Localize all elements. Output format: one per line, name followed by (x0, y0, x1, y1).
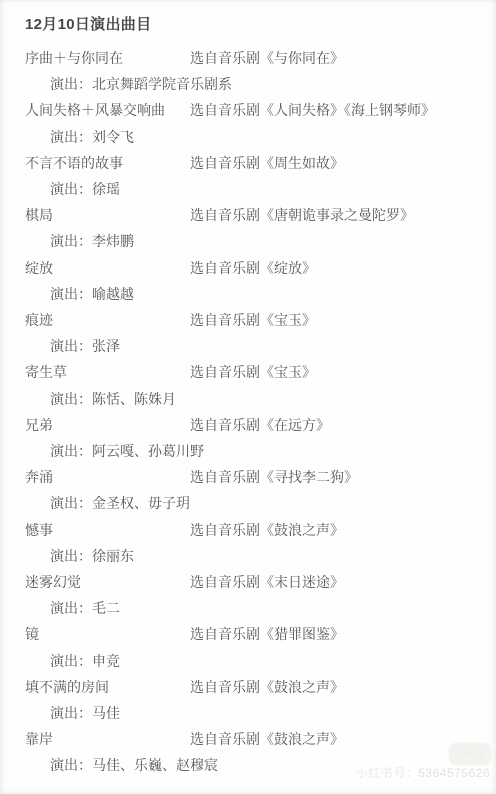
performer-line: 演出：徐丽东 (25, 543, 492, 569)
program-row: 兄弟 选自音乐剧《在远方》 演出：阿云嘎、孙葛川野 (25, 412, 492, 464)
performer-prefix: 演出： (50, 181, 92, 197)
song-title: 人间失格＋风暴交响曲 (25, 97, 190, 123)
performer-prefix: 演出： (50, 757, 92, 773)
performer-names: 毛二 (92, 600, 120, 616)
program-row: 憾事 选自音乐剧《鼓浪之声》 演出：徐丽东 (25, 517, 492, 569)
performer-names: 金圣权、毋子玥 (92, 495, 190, 511)
performer-prefix: 演出： (50, 653, 92, 669)
song-source: 选自音乐剧《宝玉》 (190, 307, 492, 333)
performer-line: 演出：申竞 (25, 648, 492, 674)
song-source: 选自音乐剧《猎罪图鉴》 (190, 621, 492, 647)
performer-line: 演出：陈恬、陈姝月 (25, 386, 492, 412)
program-row: 痕迹 选自音乐剧《宝玉》 演出：张泽 (25, 307, 492, 359)
song-source: 选自音乐剧《绽放》 (190, 255, 492, 281)
performer-prefix: 演出： (50, 548, 92, 564)
song-source: 选自音乐剧《鼓浪之声》 (190, 517, 492, 543)
song-title: 不言不语的故事 (25, 150, 190, 176)
performer-prefix: 演出： (50, 76, 92, 92)
performer-prefix: 演出： (50, 391, 92, 407)
program-row: 镜 选自音乐剧《猎罪图鉴》 演出：申竞 (25, 621, 492, 673)
program-row: 人间失格＋风暴交响曲 选自音乐剧《人间失格》《海上钢琴师》 演出：刘令飞 (25, 97, 492, 149)
performer-names: 马佳 (92, 705, 120, 721)
performer-line: 演出：李炜鹏 (25, 228, 492, 254)
performer-prefix: 演出： (50, 233, 92, 249)
song-title: 靠岸 (25, 726, 190, 752)
performer-names: 喻越越 (92, 286, 134, 302)
program-row: 序曲＋与你同在 选自音乐剧《与你同在》 演出：北京舞蹈学院音乐剧系 (25, 45, 492, 97)
song-title: 序曲＋与你同在 (25, 45, 190, 71)
program-row: 绽放 选自音乐剧《绽放》 演出：喻越越 (25, 255, 492, 307)
song-title: 奔涌 (25, 464, 190, 490)
performer-names: 徐瑶 (92, 181, 120, 197)
performer-names: 马佳、乐巍、赵穆宸 (92, 757, 218, 773)
song-source: 选自音乐剧《在远方》 (190, 412, 492, 438)
program-row: 迷雾幻觉 选自音乐剧《末日迷途》 演出：毛二 (25, 569, 492, 621)
program-row: 寄生草 选自音乐剧《宝玉》 演出：陈恬、陈姝月 (25, 359, 492, 411)
song-source: 选自音乐剧《与你同在》 (190, 45, 492, 71)
song-title: 棋局 (25, 202, 190, 228)
performer-prefix: 演出： (50, 495, 92, 511)
performer-line: 演出：喻越越 (25, 281, 492, 307)
xiaohongshu-logo-icon: 小红书 (450, 744, 490, 764)
performer-line: 演出：张泽 (25, 333, 492, 359)
performer-names: 申竞 (92, 653, 120, 669)
performer-names: 张泽 (92, 338, 120, 354)
song-title: 填不满的房间 (25, 674, 190, 700)
performer-names: 徐丽东 (92, 548, 134, 564)
performer-line: 演出：马佳 (25, 700, 492, 726)
performer-prefix: 演出： (50, 600, 92, 616)
performer-prefix: 演出： (50, 443, 92, 459)
song-title: 寄生草 (25, 359, 190, 385)
page-title: 12月10日演出曲目 (25, 14, 492, 36)
song-title: 迷雾幻觉 (25, 569, 190, 595)
performer-line: 演出：刘令飞 (25, 124, 492, 150)
program-row: 填不满的房间 选自音乐剧《鼓浪之声》 演出：马佳 (25, 674, 492, 726)
performer-line: 演出：阿云嘎、孙葛川野 (25, 438, 492, 464)
performer-prefix: 演出： (50, 338, 92, 354)
song-title: 憾事 (25, 517, 190, 543)
song-source: 选自音乐剧《人间失格》《海上钢琴师》 (190, 97, 492, 123)
performer-prefix: 演出： (50, 705, 92, 721)
song-source: 选自音乐剧《宝玉》 (190, 359, 492, 385)
performer-line: 演出：徐瑶 (25, 176, 492, 202)
song-source: 选自音乐剧《鼓浪之声》 (190, 674, 492, 700)
performer-names: 陈恬、陈姝月 (92, 391, 176, 407)
performer-line: 演出：金圣权、毋子玥 (25, 490, 492, 516)
song-title: 兄弟 (25, 412, 190, 438)
performer-names: 刘令飞 (92, 129, 134, 145)
song-source: 选自音乐剧《唐朝诡事录之曼陀罗》 (190, 202, 492, 228)
watermark-id-text: 小红书号：5364575626 (356, 766, 490, 780)
performer-line: 演出：毛二 (25, 595, 492, 621)
program-row: 不言不语的故事 选自音乐剧《周生如故》 演出：徐瑶 (25, 150, 492, 202)
song-title: 痕迹 (25, 307, 190, 333)
program-row: 棋局 选自音乐剧《唐朝诡事录之曼陀罗》 演出：李炜鹏 (25, 202, 492, 254)
song-title: 镜 (25, 621, 190, 647)
song-source: 选自音乐剧《周生如故》 (190, 150, 492, 176)
song-source: 选自音乐剧《末日迷途》 (190, 569, 492, 595)
song-source: 选自音乐剧《寻找李二狗》 (190, 464, 492, 490)
song-title: 绽放 (25, 255, 190, 281)
performer-names: 阿云嘎、孙葛川野 (92, 443, 204, 459)
program-row: 奔涌 选自音乐剧《寻找李二狗》 演出：金圣权、毋子玥 (25, 464, 492, 516)
program-page: 12月10日演出曲目 序曲＋与你同在 选自音乐剧《与你同在》 演出：北京舞蹈学院… (0, 0, 496, 794)
performer-names: 北京舞蹈学院音乐剧系 (92, 76, 232, 92)
performer-prefix: 演出： (50, 286, 92, 302)
performer-prefix: 演出： (50, 129, 92, 145)
performer-names: 李炜鹏 (92, 233, 134, 249)
performer-line: 演出：北京舞蹈学院音乐剧系 (25, 71, 492, 97)
xiaohongshu-watermark: 小红书 小红书号：5364575626 (356, 744, 490, 780)
